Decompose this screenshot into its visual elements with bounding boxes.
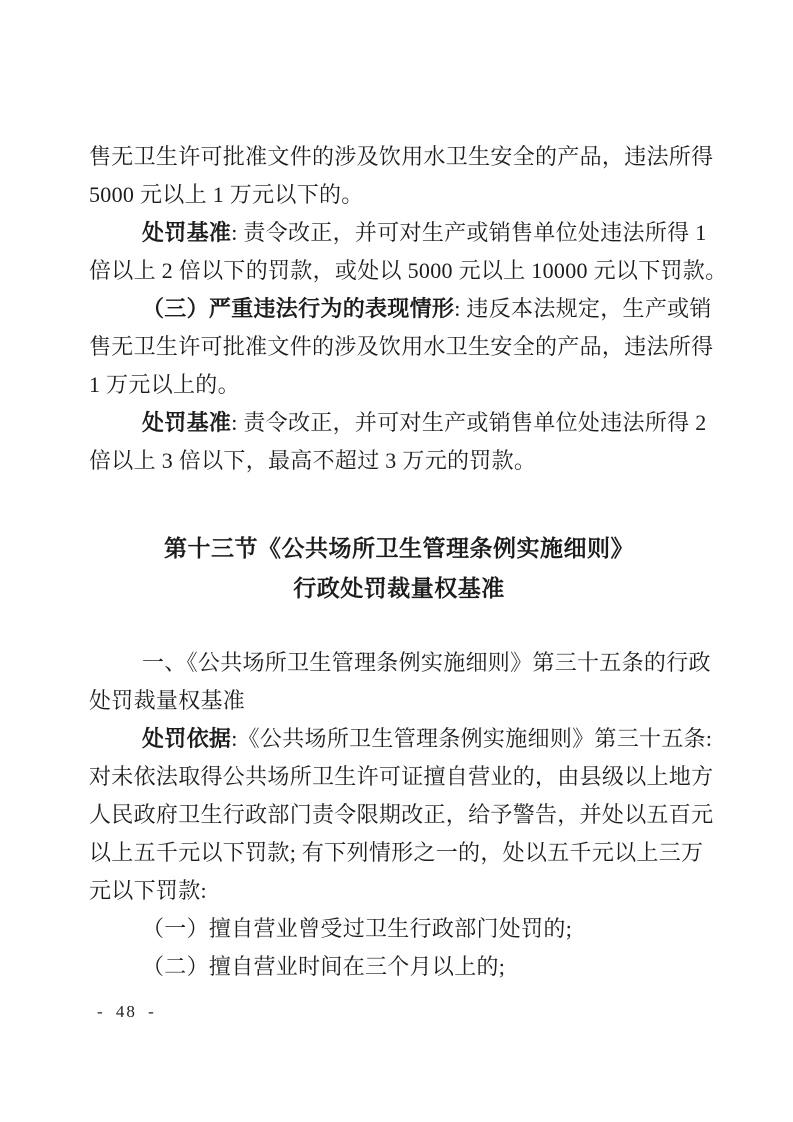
text-segment: 5000 元以上 1 万元以下的。 bbox=[89, 182, 364, 207]
text-segment: 元以下罚款: bbox=[89, 878, 207, 903]
text-line: 5000 元以上 1 万元以下的。 bbox=[89, 176, 709, 214]
text-line: 对未依法取得公共场所卫生许可证擅自营业的，由县级以上地方 bbox=[89, 758, 709, 796]
text-segment: （二）擅自营业时间在三个月以上的; bbox=[142, 954, 505, 979]
document-content: 售无卫生许可批准文件的涉及饮用水卫生安全的产品，违法所得5000 元以上 1 万… bbox=[89, 0, 709, 986]
text-segment: 倍以上 2 倍以下的罚款，或处以 5000 元以上 10000 元以下罚款。 bbox=[89, 258, 727, 283]
bold-label: 处罚基准 bbox=[142, 220, 231, 245]
text-line: 处罚依据:《公共场所卫生管理条例实施细则》第三十五条: bbox=[89, 720, 709, 758]
text-line: 售无卫生许可批准文件的涉及饮用水卫生安全的产品，违法所得 bbox=[89, 138, 709, 176]
text-line: 处罚基准: 责令改正，并可对生产或销售单位处违法所得 1 bbox=[89, 214, 709, 252]
text-segment: 对未依法取得公共场所卫生许可证擅自营业的，由县级以上地方 bbox=[89, 764, 713, 789]
section-heading: 第十三节《公共场所卫生管理条例实施细则》 行政处罚裁量权基准 bbox=[89, 528, 709, 608]
text-segment: 1 万元以上的。 bbox=[89, 372, 240, 397]
text-line: （三）严重违法行为的表现情形: 违反本法规定，生产或销 bbox=[89, 290, 709, 328]
text-line: 以上五千元以下罚款; 有下列情形之一的，处以五千元以上三万 bbox=[89, 834, 709, 872]
paragraph-block-drinking-water: 售无卫生许可批准文件的涉及饮用水卫生安全的产品，违法所得5000 元以上 1 万… bbox=[89, 138, 709, 480]
page-number: - 48 - bbox=[97, 1001, 156, 1023]
text-line: 售无卫生许可批准文件的涉及饮用水卫生安全的产品，违法所得 bbox=[89, 328, 709, 366]
text-line: （二）擅自营业时间在三个月以上的; bbox=[89, 948, 709, 986]
text-segment: :《公共场所卫生管理条例实施细则》第三十五条: bbox=[231, 726, 712, 751]
text-line: 倍以上 2 倍以下的罚款，或处以 5000 元以上 10000 元以下罚款。 bbox=[89, 252, 709, 290]
text-segment: : 责令改正，并可对生产或销售单位处违法所得 1 bbox=[231, 220, 706, 245]
bold-label: 处罚依据 bbox=[142, 726, 231, 751]
text-line: 人民政府卫生行政部门责令限期改正，给予警告，并处以五百元 bbox=[89, 796, 709, 834]
text-segment: （一）擅自营业曾受过卫生行政部门处罚的; bbox=[142, 916, 572, 941]
text-line: 处罚裁量权基准 bbox=[89, 682, 709, 720]
text-line: 处罚基准: 责令改正，并可对生产或销售单位处违法所得 2 bbox=[89, 404, 709, 442]
text-segment: 一、《公共场所卫生管理条例实施细则》第三十五条的行政 bbox=[142, 650, 711, 675]
section-title-line-1: 第十三节《公共场所卫生管理条例实施细则》 bbox=[89, 528, 709, 568]
text-line: 元以下罚款: bbox=[89, 872, 709, 910]
text-segment: 以上五千元以下罚款; 有下列情形之一的，处以五千元以上三万 bbox=[89, 840, 703, 865]
text-segment: 处罚裁量权基准 bbox=[89, 688, 245, 713]
bold-label: （三）严重违法行为的表现情形 bbox=[142, 296, 454, 321]
paragraph-block-public-places: 一、《公共场所卫生管理条例实施细则》第三十五条的行政处罚裁量权基准处罚依据:《公… bbox=[89, 644, 709, 986]
text-segment: 售无卫生许可批准文件的涉及饮用水卫生安全的产品，违法所得 bbox=[89, 144, 713, 169]
text-segment: : 责令改正，并可对生产或销售单位处违法所得 2 bbox=[231, 410, 706, 435]
section-title-line-2: 行政处罚裁量权基准 bbox=[89, 568, 709, 608]
text-line: 一、《公共场所卫生管理条例实施细则》第三十五条的行政 bbox=[89, 644, 709, 682]
bold-label: 处罚基准 bbox=[142, 410, 231, 435]
text-segment: 售无卫生许可批准文件的涉及饮用水卫生安全的产品，违法所得 bbox=[89, 334, 713, 359]
text-line: 倍以上 3 倍以下，最高不超过 3 万元的罚款。 bbox=[89, 442, 709, 480]
text-segment: : 违反本法规定，生产或销 bbox=[454, 296, 712, 321]
text-segment: 倍以上 3 倍以下，最高不超过 3 万元的罚款。 bbox=[89, 448, 536, 473]
text-line: 1 万元以上的。 bbox=[89, 366, 709, 404]
document-page: 售无卫生许可批准文件的涉及饮用水卫生安全的产品，违法所得5000 元以上 1 万… bbox=[0, 0, 793, 1122]
text-line: （一）擅自营业曾受过卫生行政部门处罚的; bbox=[89, 910, 709, 948]
text-segment: 人民政府卫生行政部门责令限期改正，给予警告，并处以五百元 bbox=[89, 802, 713, 827]
